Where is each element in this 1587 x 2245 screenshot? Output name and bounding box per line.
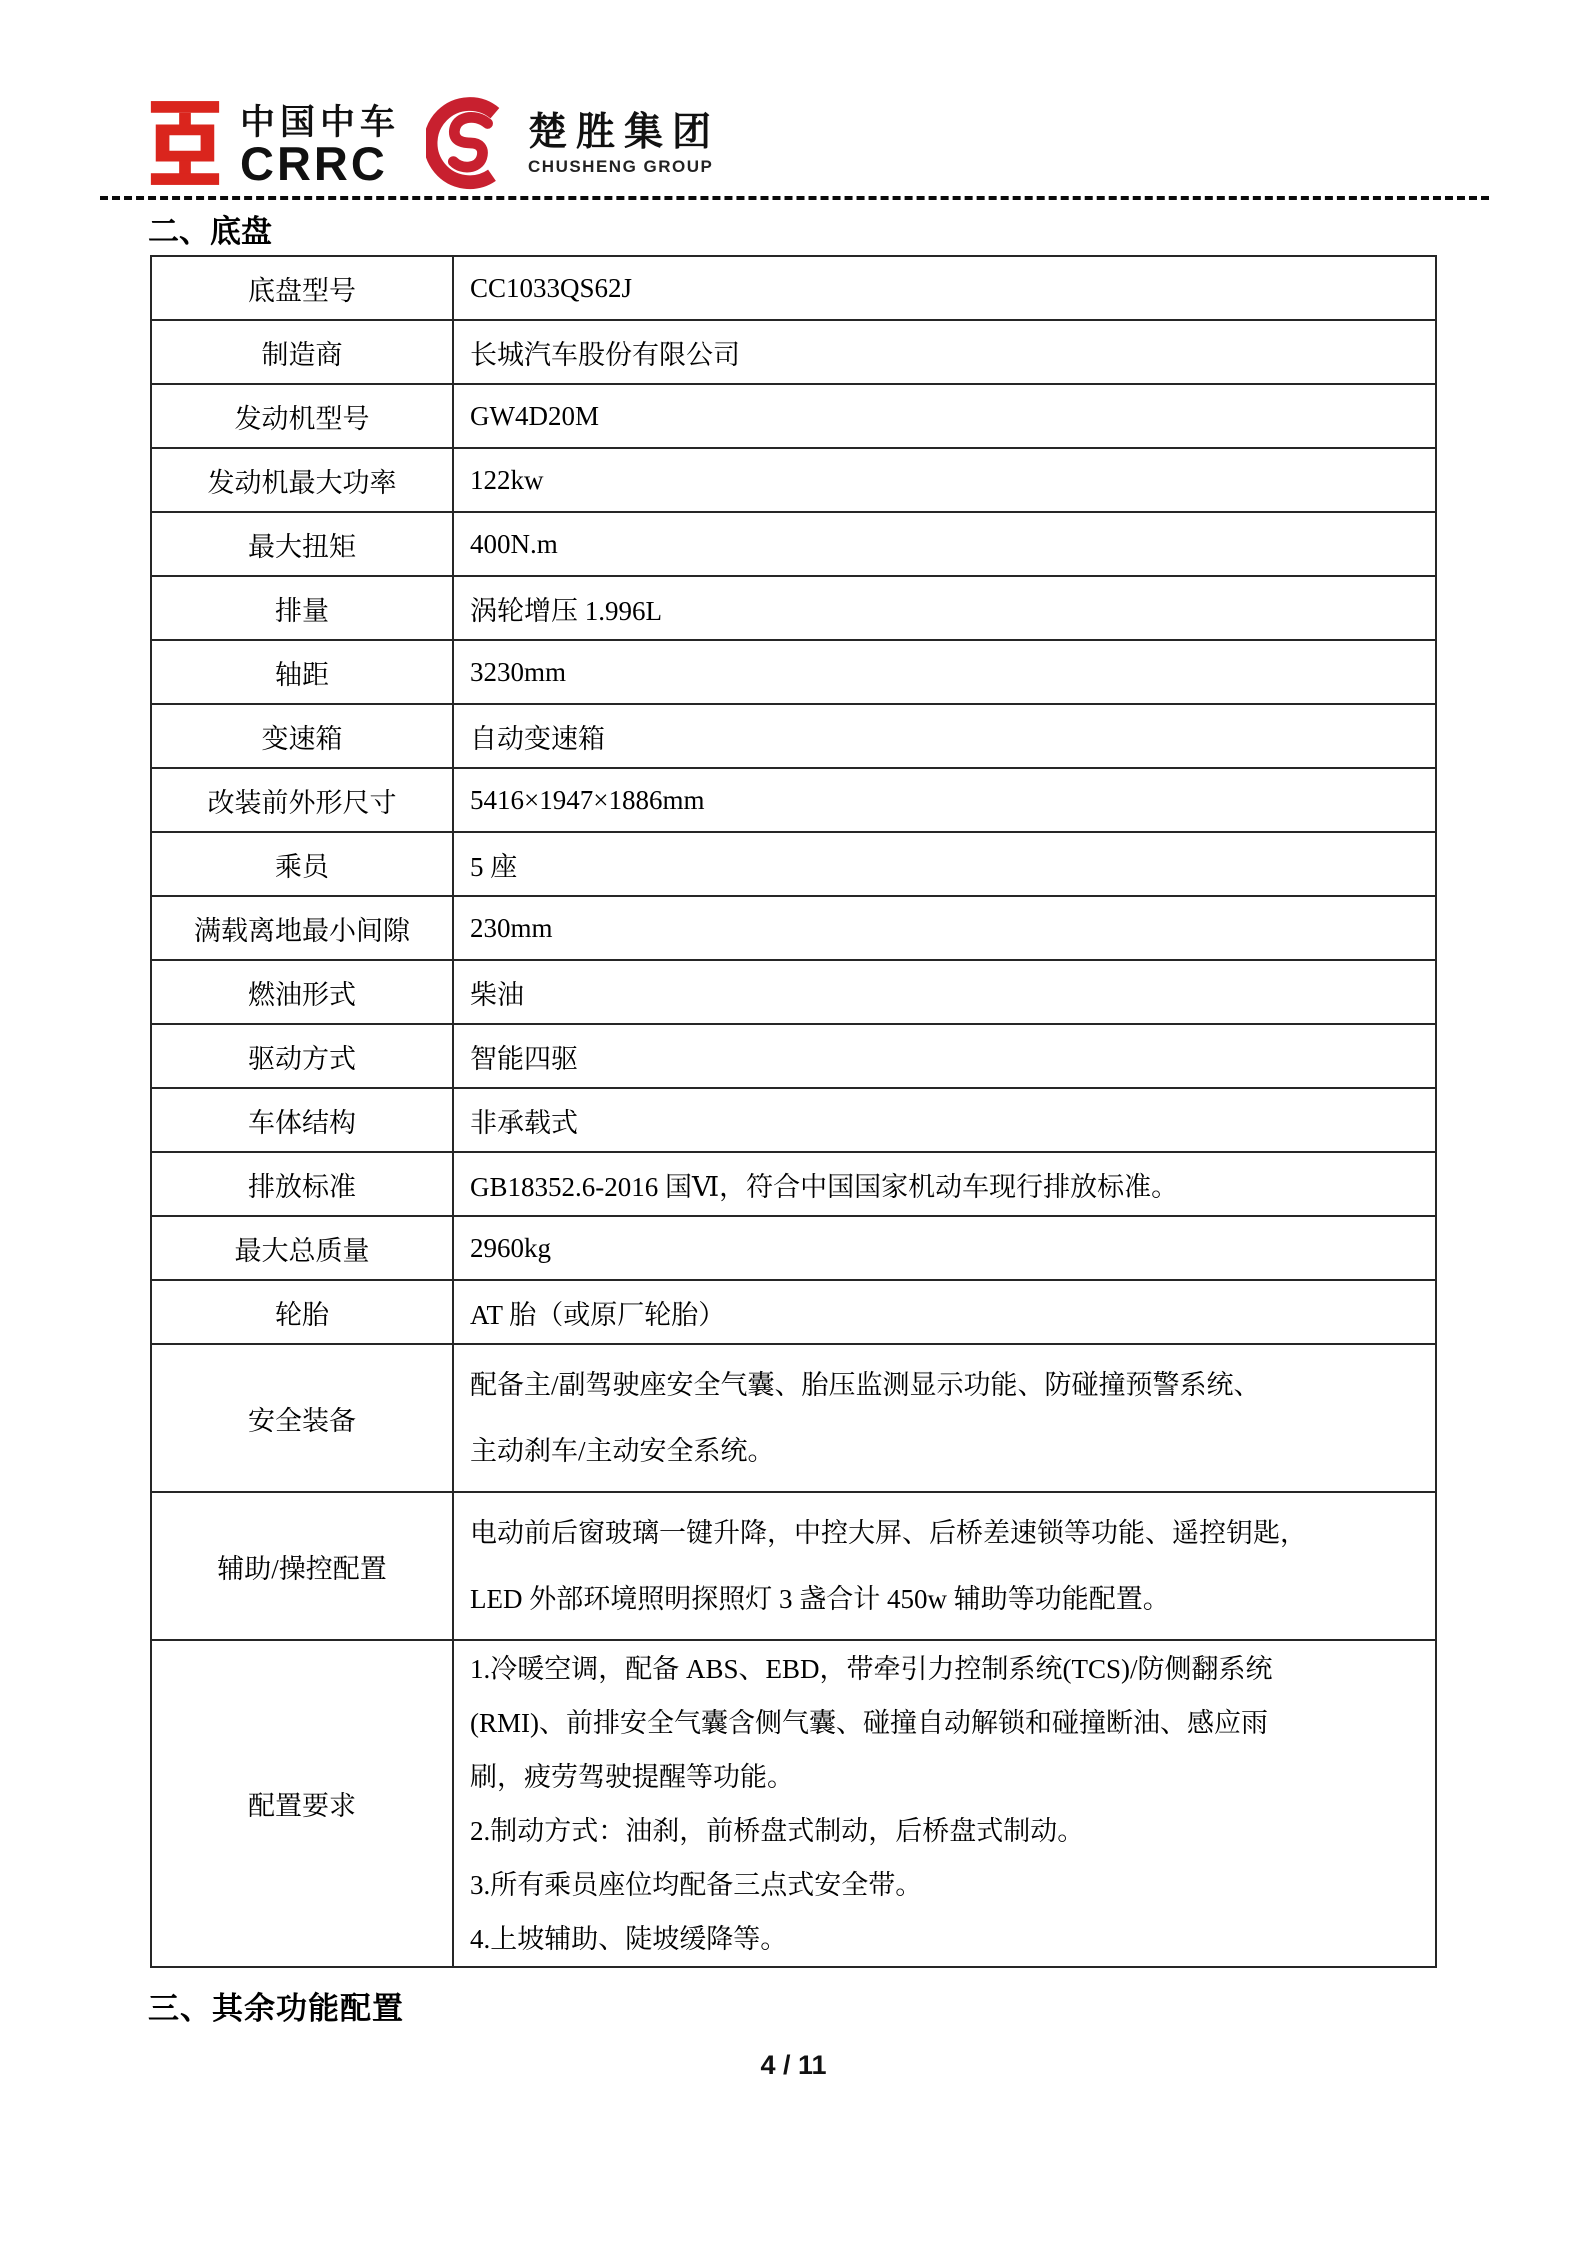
spec-value-line: 2960kg [470,1233,1425,1264]
page-number: 4 / 11 [0,2050,1587,2081]
table-row: 安全装备配备主/副驾驶座安全气囊、胎压监测显示功能、防碰撞预警系统、主动刹车/主… [152,1345,1435,1493]
crrc-logo-icon [146,97,224,194]
spec-value: 自动变速箱 [454,705,1435,767]
table-row: 变速箱自动变速箱 [152,705,1435,769]
chusheng-cn-label: 楚胜集团 [528,113,720,154]
table-row: 乘员5 座 [152,833,1435,897]
section-chassis-title: 二、底盘 [148,206,272,251]
spec-label: 乘员 [152,833,454,895]
spec-label: 排量 [152,577,454,639]
spec-value-line: 电动前后窗玻璃一键升降，中控大屏、后桥差速锁等功能、遥控钥匙， [470,1500,1425,1566]
spec-value-line: 3.所有乘员座位均配备三点式安全带。 [470,1858,1425,1912]
table-row: 满载离地最小间隙230mm [152,897,1435,961]
spec-value: 涡轮增压 1.996L [454,577,1435,639]
spec-value-line: 122kw [470,465,1425,496]
spec-value-line: GB18352.6-2016 国Ⅵ，符合中国国家机动车现行排放标准。 [470,1165,1425,1204]
spec-value-line: 1.冷暖空调，配备 ABS、EBD，带牵引力控制系统(TCS)/防侧翻系统 [470,1642,1425,1696]
table-row: 驱动方式智能四驱 [152,1025,1435,1089]
document-page: 中国中车 CRRC 楚胜集团 CHUSHENG GROUP 二、底盘 底盘型号C… [0,0,1587,2245]
spec-value: 1.冷暖空调，配备 ABS、EBD，带牵引力控制系统(TCS)/防侧翻系统(RM… [454,1641,1435,1966]
spec-label: 轴距 [152,641,454,703]
spec-label: 满载离地最小间隙 [152,897,454,959]
spec-value-line: 配备主/副驾驶座安全气囊、胎压监测显示功能、防碰撞预警系统、 [470,1352,1425,1418]
header-divider [100,196,1489,200]
spec-value-line: AT 胎（或原厂轮胎） [470,1293,1425,1332]
spec-label: 驱动方式 [152,1025,454,1087]
spec-value-line: 5416×1947×1886mm [470,785,1425,816]
spec-label: 轮胎 [152,1281,454,1343]
section-other-title: 三、其余功能配置 [148,1983,404,2028]
crrc-logo-text: 中国中车 CRRC [240,105,400,185]
spec-label: 底盘型号 [152,257,454,319]
table-row: 轴距3230mm [152,641,1435,705]
chusheng-logo-text: 楚胜集团 CHUSHENG GROUP [528,113,720,178]
spec-value: 长城汽车股份有限公司 [454,321,1435,383]
spec-value: 400N.m [454,513,1435,575]
spec-value: 122kw [454,449,1435,511]
spec-value-line: 刷，疲劳驾驶提醒等功能。 [470,1750,1425,1804]
spec-value-line: 智能四驱 [470,1037,1425,1076]
spec-value-line: 400N.m [470,529,1425,560]
chassis-spec-table: 底盘型号CC1033QS62J制造商长城汽车股份有限公司发动机型号GW4D20M… [150,255,1437,1968]
spec-value: 非承载式 [454,1089,1435,1151]
spec-value: 5416×1947×1886mm [454,769,1435,831]
spec-value: 智能四驱 [454,1025,1435,1087]
spec-value-line: 5 座 [470,845,1425,884]
spec-value: 5 座 [454,833,1435,895]
spec-label: 最大总质量 [152,1217,454,1279]
table-row: 辅助/操控配置电动前后窗玻璃一键升降，中控大屏、后桥差速锁等功能、遥控钥匙，LE… [152,1493,1435,1641]
spec-value: AT 胎（或原厂轮胎） [454,1281,1435,1343]
spec-label: 改装前外形尺寸 [152,769,454,831]
spec-value-line: GW4D20M [470,401,1425,432]
spec-label: 变速箱 [152,705,454,767]
spec-label: 车体结构 [152,1089,454,1151]
spec-value: GW4D20M [454,385,1435,447]
spec-label: 配置要求 [152,1641,454,1966]
table-row: 制造商长城汽车股份有限公司 [152,321,1435,385]
spec-label: 发动机型号 [152,385,454,447]
table-row: 发动机型号GW4D20M [152,385,1435,449]
spec-label: 安全装备 [152,1345,454,1491]
spec-value-line: 柴油 [470,973,1425,1012]
spec-label: 辅助/操控配置 [152,1493,454,1639]
spec-value-line: 4.上坡辅助、陡坡缓降等。 [470,1912,1425,1966]
header-logos: 中国中车 CRRC 楚胜集团 CHUSHENG GROUP [146,98,720,192]
spec-value-line: 主动刹车/主动安全系统。 [470,1418,1425,1484]
spec-value-line: 2.制动方式：油刹，前桥盘式制动，后桥盘式制动。 [470,1804,1425,1858]
spec-label: 最大扭矩 [152,513,454,575]
table-row: 最大扭矩400N.m [152,513,1435,577]
spec-value-line: 涡轮增压 1.996L [470,589,1425,628]
table-row: 发动机最大功率122kw [152,449,1435,513]
spec-value: 230mm [454,897,1435,959]
table-row: 改装前外形尺寸5416×1947×1886mm [152,769,1435,833]
spec-value: GB18352.6-2016 国Ⅵ，符合中国国家机动车现行排放标准。 [454,1153,1435,1215]
spec-value-line: LED 外部环境照明探照灯 3 盏合计 450w 辅助等功能配置。 [470,1566,1425,1632]
chusheng-logo-icon [426,96,512,195]
table-row: 轮胎AT 胎（或原厂轮胎） [152,1281,1435,1345]
spec-value: 3230mm [454,641,1435,703]
table-row: 排放标准GB18352.6-2016 国Ⅵ，符合中国国家机动车现行排放标准。 [152,1153,1435,1217]
spec-label: 燃油形式 [152,961,454,1023]
table-row: 车体结构非承载式 [152,1089,1435,1153]
spec-label: 制造商 [152,321,454,383]
spec-value-line: (RMI)、前排安全气囊含侧气囊、碰撞自动解锁和碰撞断油、感应雨 [470,1696,1425,1750]
spec-value-line: 3230mm [470,657,1425,688]
table-row: 底盘型号CC1033QS62J [152,257,1435,321]
spec-value: 电动前后窗玻璃一键升降，中控大屏、后桥差速锁等功能、遥控钥匙，LED 外部环境照… [454,1493,1435,1639]
table-row: 配置要求1.冷暖空调，配备 ABS、EBD，带牵引力控制系统(TCS)/防侧翻系… [152,1641,1435,1966]
spec-label: 发动机最大功率 [152,449,454,511]
crrc-logo: 中国中车 CRRC [146,97,400,194]
table-row: 排量涡轮增压 1.996L [152,577,1435,641]
spec-value-line: CC1033QS62J [470,273,1425,304]
table-row: 最大总质量2960kg [152,1217,1435,1281]
spec-label: 排放标准 [152,1153,454,1215]
table-row: 燃油形式柴油 [152,961,1435,1025]
spec-value-line: 非承载式 [470,1101,1425,1140]
spec-value: 2960kg [454,1217,1435,1279]
spec-value-line: 自动变速箱 [470,717,1425,756]
spec-value: CC1033QS62J [454,257,1435,319]
crrc-en-label: CRRC [240,142,400,185]
spec-value: 配备主/副驾驶座安全气囊、胎压监测显示功能、防碰撞预警系统、主动刹车/主动安全系… [454,1345,1435,1491]
chusheng-logo: 楚胜集团 CHUSHENG GROUP [426,96,720,195]
spec-value: 柴油 [454,961,1435,1023]
spec-value-line: 长城汽车股份有限公司 [470,333,1425,372]
chusheng-en-label: CHUSHENG GROUP [528,157,720,177]
spec-value-line: 230mm [470,913,1425,944]
